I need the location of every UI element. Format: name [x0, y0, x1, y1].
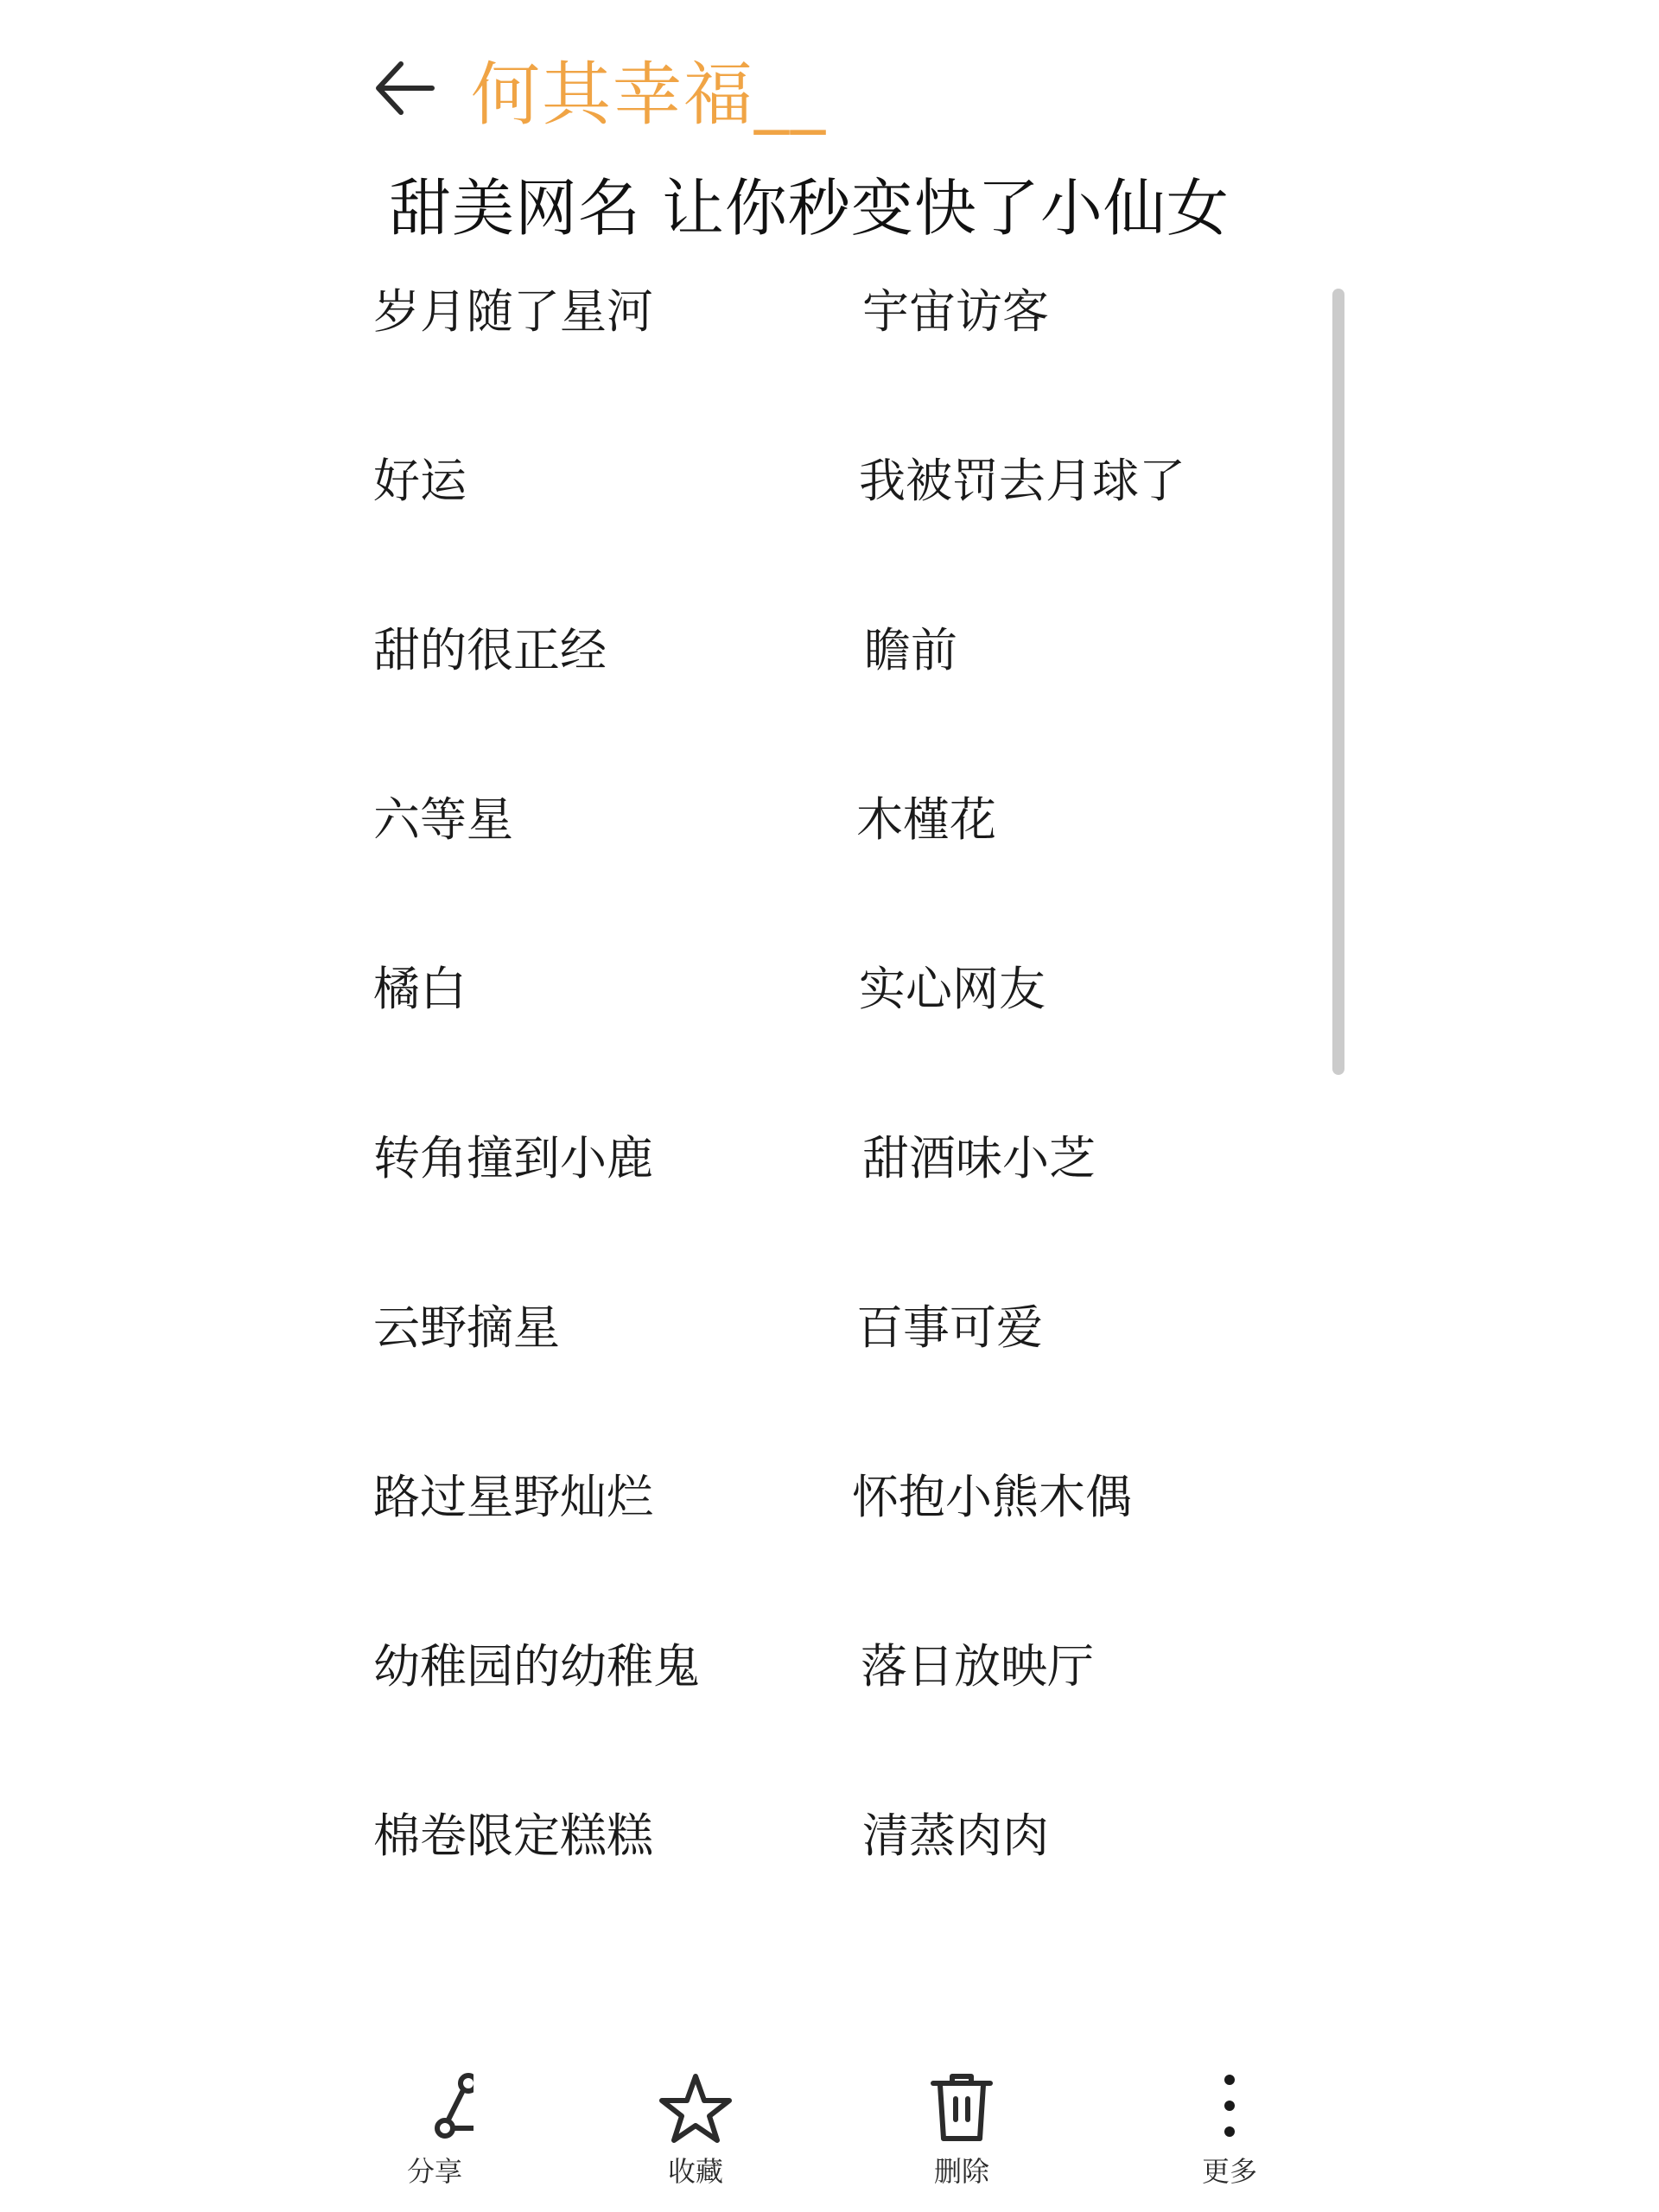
back-button[interactable] [372, 57, 437, 119]
note-title: 何其幸福__ [471, 54, 827, 137]
name-right[interactable]: 宇宙访客 [862, 282, 1049, 342]
name-right[interactable]: 清蒸肉肉 [862, 1806, 1049, 1866]
list-row: 橘白 实心网友 [0, 959, 1659, 1020]
trash-icon [923, 2069, 1001, 2147]
list-row: 棉卷限定糕糕 清蒸肉肉 [0, 1806, 1659, 1866]
name-left[interactable]: 橘白 [373, 959, 467, 1020]
name-right[interactable]: 甜酒味小芝 [862, 1128, 1096, 1189]
name-right[interactable]: 百事可爱 [856, 1298, 1043, 1358]
more-label: 更多 [1202, 2154, 1257, 2189]
name-left[interactable]: 棉卷限定糕糕 [373, 1806, 653, 1866]
name-right[interactable]: 瞻前 [864, 620, 957, 681]
list-row: 路过星野灿烂 怀抱小熊木偶 [0, 1467, 1659, 1528]
name-right[interactable]: 实心网友 [859, 959, 1046, 1020]
note-heading: 甜美网名 让你秒变快了小仙女 [389, 169, 1230, 247]
list-row: 好运 我被罚去月球了 [0, 451, 1659, 512]
list-row: 云野摘星 百事可爱 [0, 1298, 1659, 1358]
list-row: 六等星 木槿花 [0, 790, 1659, 850]
list-row: 甜的很正经 瞻前 [0, 620, 1659, 681]
share-button[interactable]: 分享 [357, 2069, 512, 2199]
share-label: 分享 [407, 2154, 462, 2189]
more-vertical-icon [1191, 2069, 1268, 2147]
bottom-toolbar: 分享 收藏 删除 更多 [0, 2069, 1659, 2212]
name-left[interactable]: 好运 [373, 451, 467, 512]
name-right[interactable]: 我被罚去月球了 [859, 451, 1185, 512]
name-left[interactable]: 云野摘星 [373, 1298, 560, 1358]
name-left[interactable]: 岁月随了星河 [373, 282, 653, 342]
name-right[interactable]: 落日放映厅 [861, 1637, 1094, 1697]
star-icon [657, 2069, 734, 2147]
name-list: 岁月随了星河 宇宙访客 好运 我被罚去月球了 甜的很正经 瞻前 六等星 木槿花 … [0, 0, 1659, 2212]
name-left[interactable]: 六等星 [373, 790, 513, 850]
name-right[interactable]: 怀抱小熊木偶 [852, 1467, 1132, 1528]
favorite-button[interactable]: 收藏 [618, 2069, 773, 2199]
delete-button[interactable]: 删除 [884, 2069, 1039, 2199]
arrow-left-icon [372, 57, 437, 119]
name-left[interactable]: 路过星野灿烂 [373, 1467, 653, 1528]
name-left[interactable]: 甜的很正经 [373, 620, 607, 681]
share-icon [396, 2069, 474, 2147]
list-row: 转角撞到小鹿 甜酒味小芝 [0, 1128, 1659, 1189]
list-row: 岁月随了星河 宇宙访客 [0, 282, 1659, 342]
delete-label: 删除 [934, 2154, 989, 2189]
name-left[interactable]: 幼稚园的幼稚鬼 [373, 1637, 700, 1697]
more-button[interactable]: 更多 [1152, 2069, 1307, 2199]
name-left[interactable]: 转角撞到小鹿 [373, 1128, 653, 1189]
vertical-scrollbar[interactable] [1332, 289, 1344, 1075]
list-row: 幼稚园的幼稚鬼 落日放映厅 [0, 1637, 1659, 1697]
favorite-label: 收藏 [668, 2154, 723, 2189]
name-right[interactable]: 木槿花 [856, 790, 996, 850]
